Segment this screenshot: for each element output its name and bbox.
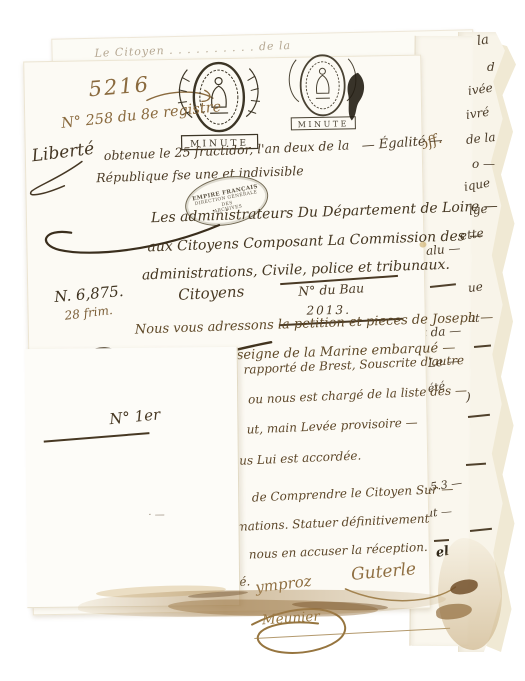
letter-body-line: nous en accuser la réception. — [249, 540, 428, 562]
text-fragment: ut — — [425, 505, 452, 520]
document-photo: Le Citoyen . . . . . . . . . . de la la … — [0, 0, 525, 681]
republic-line: République fse une et indivisible — [96, 163, 304, 185]
ink-blot — [341, 70, 371, 124]
faint-mark: · — — [148, 510, 164, 521]
cover-note-sheet: N° 1er · — — [25, 347, 241, 608]
text-fragment: ue — [467, 279, 483, 294]
address-line: administrations, Civile, police et tribu… — [142, 257, 450, 284]
letter-body-line: us Lui est accordée. — [239, 448, 362, 467]
bureau-label: N° du Bau — [298, 280, 365, 298]
note-underline — [44, 432, 150, 442]
text-fragment: la — [476, 32, 490, 49]
note-number: N° 1er — [109, 405, 161, 428]
reference-number: 5216 — [88, 72, 151, 101]
text-fragment: o — — [472, 157, 495, 171]
letter-body-line: mations. Statuer définitivement — [236, 511, 430, 533]
letter-body-line: ut, main Levée provisoire — — [246, 415, 418, 436]
letter-body-line: de Comprendre le Citoyen Sur — — [252, 482, 454, 505]
pen-flourish — [26, 157, 99, 200]
text-fragment: d — [487, 60, 495, 74]
